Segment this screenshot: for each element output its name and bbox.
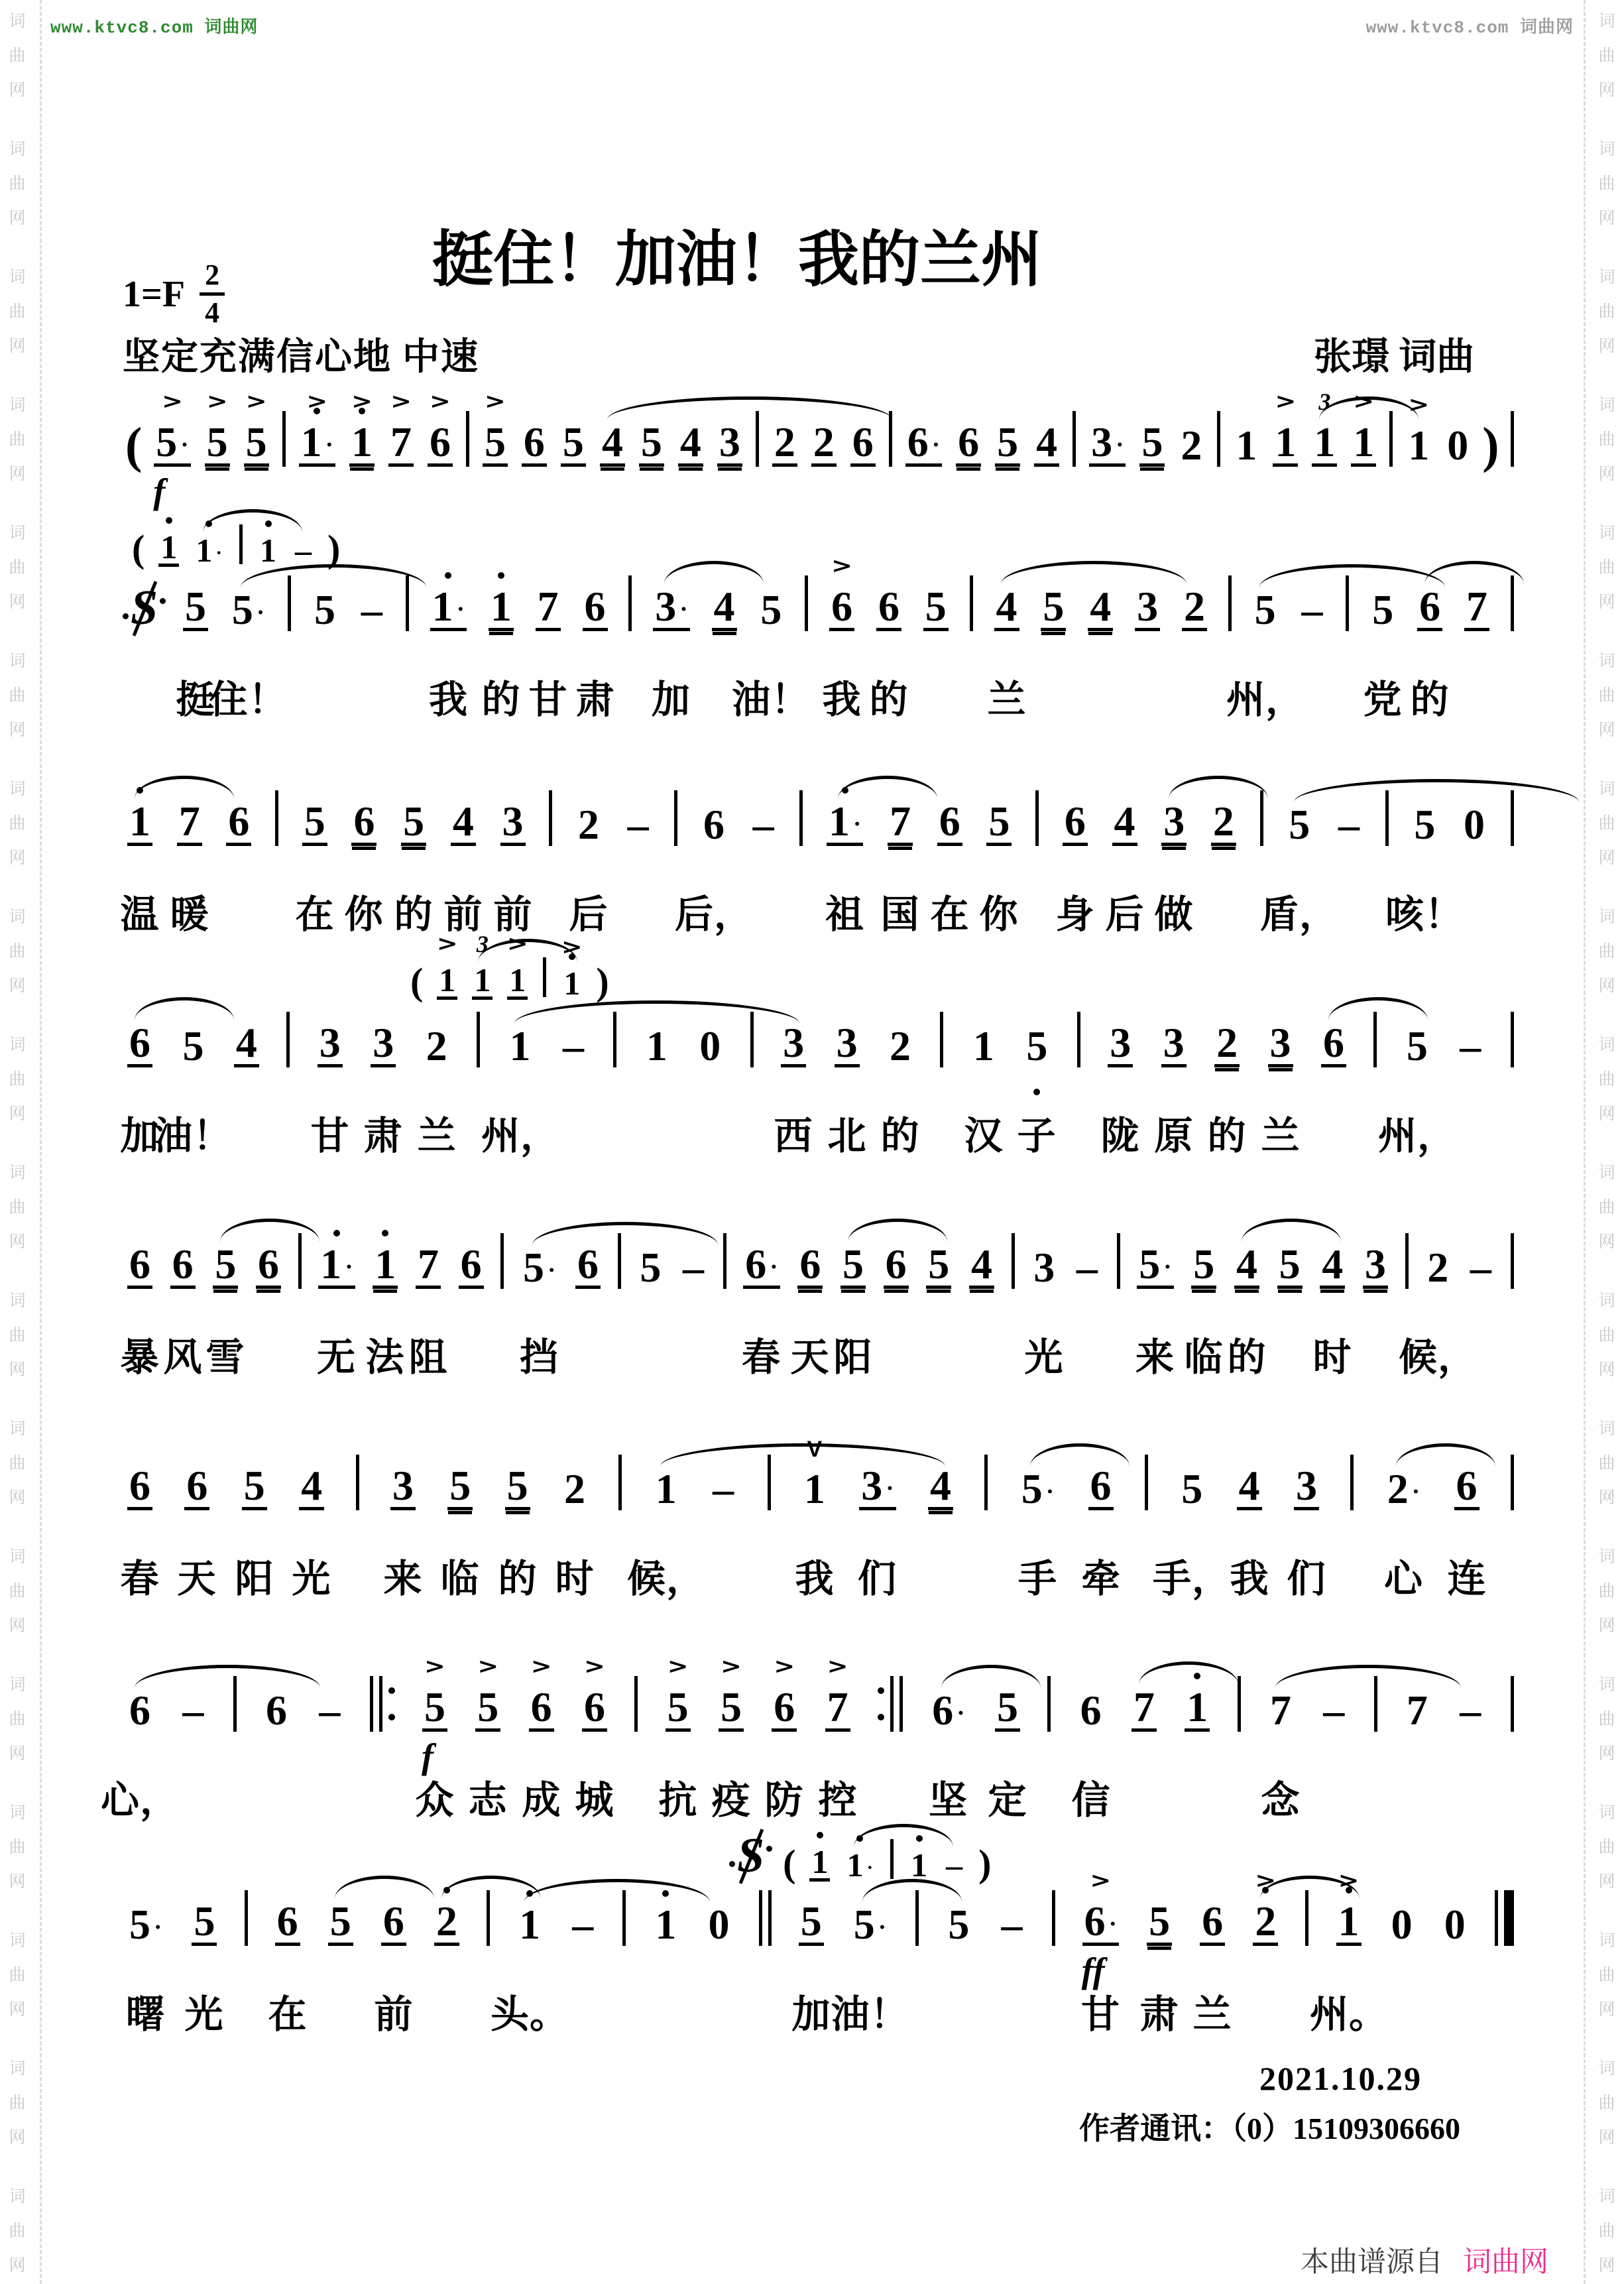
lyric-syllable: 临: [1184, 1326, 1223, 1382]
above-marks: >: [584, 1652, 605, 1681]
note-digit: 7: [1127, 1686, 1161, 1742]
barline: [980, 1455, 992, 1521]
lyric-syllable: 风: [163, 1326, 202, 1382]
lyric-syllable: 兰: [417, 1105, 456, 1160]
lyric-syllable: 肃: [1139, 1983, 1179, 2039]
accent-mark: >: [351, 389, 373, 413]
lyric-syllable: 加: [791, 1983, 831, 2039]
watermark-column-group: 词曲网: [1598, 1160, 1615, 1252]
watermark-char: 曲: [9, 426, 25, 450]
above-marks: >: [774, 1652, 795, 1681]
note-digit: 4: [990, 585, 1024, 642]
watermark-char: 曲: [1598, 682, 1615, 706]
note-digit: 5: [754, 589, 788, 642]
note-digit: 1·: [426, 585, 471, 642]
watermark-column-group: 词曲网: [9, 1799, 25, 1892]
lyric-syllable: 油！: [154, 1105, 232, 1160]
watermark-char: 曲: [1598, 42, 1615, 66]
slur-arc: [848, 1219, 947, 1242]
note-digit: 2>: [1248, 1900, 1283, 1956]
watermark-column-group: 词曲网: [9, 1288, 25, 1380]
note-digit: 3: [830, 1022, 864, 1078]
notation-row: 6543321–1033215332365–: [123, 973, 1518, 1078]
note-digit: 5>: [239, 421, 274, 477]
slur-arc: [660, 1443, 945, 1467]
note-digit: 1: [368, 1243, 402, 1299]
note-digit: 3: [1157, 800, 1191, 857]
accent-mark: >: [207, 389, 228, 413]
note-digit: 2: [1174, 424, 1208, 477]
note-digit: 2: [883, 1025, 917, 1078]
accent-mark: >: [246, 389, 267, 413]
lyric-syllable: 党: [1363, 668, 1402, 724]
watermark-column-group: 词曲网: [1598, 2183, 1615, 2276]
lyric-syllable: 暴: [120, 1326, 159, 1382]
note-digit: 6·: [925, 1689, 971, 1742]
watermark-char: 网: [1598, 1612, 1615, 1636]
lyric-syllable: 加: [652, 668, 691, 724]
note-digit: 4: [1029, 421, 1064, 477]
repeat-start-barline: [366, 1676, 399, 1742]
note-digit: 4: [595, 421, 630, 477]
note-digit: 3: [1103, 1022, 1137, 1078]
lyric-syllable: 的: [1410, 668, 1449, 724]
duration-dot: ·: [1046, 1478, 1054, 1506]
duration-dash: –: [556, 1025, 591, 1078]
watermark-char: 网: [9, 205, 25, 229]
lyric-syllable: 的: [1207, 1105, 1246, 1160]
duration-dash: –: [1453, 1689, 1487, 1742]
above-marks: >: [162, 387, 183, 416]
accent-mark: >: [507, 931, 528, 955]
watermark-char: 网: [9, 1868, 25, 1892]
watermark-char: 词: [1598, 776, 1615, 800]
note-digit: 6·: [738, 1243, 784, 1299]
slur-arc: [664, 561, 764, 584]
lyric-syllable: 的: [1227, 1326, 1266, 1382]
note-digit: 3: [313, 1022, 347, 1078]
slur-arc: [241, 564, 426, 587]
duration-dash: –: [1070, 1246, 1104, 1299]
note-digit: 6: [123, 1689, 157, 1742]
watermark-char: 词: [9, 2183, 25, 2207]
barline: [752, 411, 763, 477]
notation-row: 66561·1765·65–6·656543–5·545432–: [123, 1195, 1518, 1299]
note-digit: 5·: [516, 1246, 562, 1299]
lyric-syllable: 后，: [675, 883, 753, 939]
octave-dot-high: [817, 1832, 823, 1838]
lyric-syllable: 州，: [1378, 1105, 1456, 1160]
note-digit: 5>: [714, 1686, 748, 1742]
watermark-char: 曲: [1598, 938, 1615, 962]
note-digit: 5: [941, 1903, 976, 1956]
accent-mark: >: [1408, 392, 1429, 416]
watermark-char: 网: [9, 1356, 25, 1380]
accent-mark: >: [561, 934, 583, 959]
watermark-char: 曲: [9, 1578, 25, 1602]
barline: [624, 575, 636, 642]
note-digit: 7>: [384, 421, 418, 477]
lyric-syllable: 身: [1055, 883, 1094, 939]
lyric-syllable: 兰: [1192, 1983, 1232, 2039]
lyric-syllable: 的: [481, 668, 520, 724]
duration-dash: –: [355, 589, 389, 642]
note-digit: 1·: [822, 800, 868, 857]
barline: [936, 1012, 947, 1078]
note-digit: 5: [396, 800, 431, 857]
lyric-syllable: 曙: [126, 1983, 165, 2039]
note-digit: 3·: [648, 585, 694, 642]
watermark-column-group: 词曲网: [9, 264, 25, 357]
note-digit: 1V: [797, 1468, 832, 1521]
final-barline: [1491, 1890, 1518, 1956]
lyric-syllable: 祖: [825, 883, 864, 939]
watermark-char: 词: [1598, 1032, 1615, 1055]
duration-dot: ·: [679, 596, 687, 623]
note-digit: 6: [578, 585, 612, 642]
lyric-syllable: 信: [1071, 1769, 1110, 1825]
note-digit: 1: [649, 1468, 683, 1521]
watermark-column-group: 词曲网: [1598, 264, 1615, 357]
duration-dash: –: [1464, 1246, 1498, 1299]
barline: [229, 1676, 241, 1742]
lyric-syllable: 临: [440, 1547, 479, 1603]
note-digit: 2: [1206, 800, 1241, 857]
note-digit: 5: [187, 1900, 221, 1956]
above-marks: >: [831, 551, 852, 580]
watermark-char: 曲: [1598, 554, 1615, 578]
note-digit: 5: [443, 1465, 477, 1521]
watermark-column-group: 词曲网: [1598, 520, 1615, 613]
accent-mark: >: [437, 931, 458, 955]
watermark-column-group: 词曲网: [1598, 776, 1615, 869]
note-digit: 5: [323, 1900, 358, 1956]
author-contact: 作者通讯：（0）15109306660: [1079, 2104, 1460, 2148]
site-watermark-top-right: www.ktvc8.com 词曲网: [1366, 13, 1574, 38]
duration-dot: ·: [325, 432, 333, 459]
barline: [618, 1890, 630, 1956]
lyric-syllable: 们: [1287, 1547, 1326, 1603]
duration-dot: ·: [878, 1914, 886, 1941]
barline: [1043, 1676, 1055, 1742]
slur-arc: [524, 1879, 710, 1902]
watermark-column-group: 词曲网: [9, 1032, 25, 1124]
watermark-char: 曲: [1598, 1450, 1615, 1474]
duration-dot: ·: [345, 1254, 353, 1281]
lyric-syllable: 在: [930, 883, 969, 939]
lyric-syllable: 牵: [1081, 1547, 1120, 1603]
note-digit: 5: [178, 585, 213, 642]
time-numerator: 2: [200, 260, 225, 296]
watermark-char: 词: [1598, 648, 1615, 672]
note-digit: 5: [921, 1243, 956, 1299]
slur-arc: [1396, 1443, 1495, 1467]
slur-arc: [941, 1665, 1041, 1688]
watermark-char: 网: [9, 2252, 25, 2276]
duration-dash: –: [994, 1903, 1029, 1956]
watermark-char: 词: [1598, 2183, 1615, 2207]
lyric-syllable: 国: [880, 883, 919, 939]
above-marks: >: [507, 929, 528, 958]
accent-mark: >: [162, 389, 183, 413]
watermark-char: 曲: [9, 682, 25, 706]
note-digit: 5: [1019, 1025, 1054, 1078]
lyric-syllable: 子: [1017, 1105, 1056, 1160]
duration-dash: –: [1453, 1025, 1487, 1078]
barline: [545, 790, 556, 857]
note-digit: 1: [1180, 1686, 1214, 1742]
watermark-char: 曲: [1598, 426, 1615, 450]
note-digit: 6: [793, 1243, 827, 1299]
lyric-syllable: 春: [742, 1326, 781, 1382]
note-digit: 3·: [854, 1465, 900, 1521]
lyric-syllable: 州。: [1310, 1983, 1388, 2039]
lyric-syllable: 肃: [363, 1105, 402, 1160]
watermark-column-group: 词曲网: [1598, 1671, 1615, 1764]
note-digit: 1>: [345, 421, 379, 477]
barline: [801, 575, 812, 642]
lyric-syllable: 无: [317, 1326, 356, 1382]
lyric-syllable: 的: [880, 1105, 919, 1160]
lyric-syllable: 前: [374, 1983, 413, 2039]
accent-mark: >: [1090, 1868, 1111, 1892]
watermark-char: 网: [1598, 1868, 1615, 1892]
barline: [1507, 411, 1518, 477]
note-digit: 6: [123, 1243, 157, 1299]
lyric-syllable: 住！: [209, 668, 287, 724]
watermark-char: 网: [1598, 1101, 1615, 1124]
composition-date: 2021.10.29: [1259, 2059, 1422, 2098]
barline: [966, 575, 977, 642]
above-marks: >: [1275, 387, 1296, 416]
watermark-char: 网: [1598, 589, 1615, 613]
note-digit: 2: [1177, 585, 1212, 642]
note-digit: 13: [1307, 421, 1342, 477]
watermark-char: 曲: [9, 2090, 25, 2114]
duration-dot: ·: [1109, 1911, 1117, 1938]
notation-row: 665435521–1V3·45·65432·6: [123, 1416, 1518, 1521]
watermark-char: 网: [1598, 77, 1615, 101]
note-digit: 3: [496, 800, 530, 857]
source-credit-brand-link[interactable]: 词曲网: [1463, 2246, 1548, 2278]
lyric-syllable: 油！: [732, 668, 810, 724]
rest-note: 0: [1440, 424, 1475, 477]
lyric-syllable: 天: [177, 1547, 216, 1603]
duration-dash: –: [746, 804, 781, 857]
above-marks: >: [246, 387, 267, 416]
rest-note: 0: [1438, 1903, 1472, 1956]
above-marks: >: [827, 1652, 848, 1681]
rest-note: 0: [1457, 804, 1491, 857]
lyric-syllable: 州，: [1226, 668, 1305, 724]
watermark-char: 曲: [1598, 1194, 1615, 1218]
watermark-char: 网: [9, 2124, 25, 2148]
watermark-column-group: 词曲网: [1598, 1415, 1615, 1508]
lyric-syllable: 手，: [1153, 1547, 1231, 1603]
barline: [746, 1012, 758, 1078]
note-digit: 1: [640, 1025, 674, 1078]
watermark-char: 网: [1598, 2124, 1615, 2148]
barline: [764, 1455, 775, 1521]
barline: [402, 575, 413, 642]
accent-mark: >: [827, 1653, 848, 1678]
lyric-syllable: 州，: [481, 1105, 559, 1160]
sheet-music-page: { "watermark": { "header_left": "www.ktv…: [0, 0, 1624, 2284]
verse-line-5: 665435521–1V3·45·65432·6春天阳光来临的时候，我们手牵手，…: [123, 1416, 1518, 1603]
barline: [1342, 575, 1353, 642]
watermark-char: 曲: [9, 1450, 25, 1474]
watermark-char: 网: [9, 845, 25, 869]
watermark-char: 词: [9, 1543, 25, 1567]
note-digit: 6: [879, 1243, 913, 1299]
note-digit: 5: [298, 800, 332, 857]
note-digit: 7: [172, 800, 207, 857]
watermark-char: 曲: [1598, 1706, 1615, 1730]
note-digit: 1: [648, 1903, 683, 1956]
watermark-char: 网: [1598, 1229, 1615, 1252]
lyric-syllable: 头。: [491, 1983, 569, 2039]
watermark-column-group: 词曲网: [1598, 392, 1615, 485]
duration-dash: –: [1332, 804, 1366, 857]
watermark-char: 词: [9, 1032, 25, 1055]
note-digit: 5: [237, 1465, 272, 1521]
duration-dash: –: [1295, 589, 1330, 642]
watermark-char: 词: [9, 1415, 25, 1439]
watermark-char: 词: [1598, 392, 1615, 416]
watermark-column-group: 词曲网: [1598, 1032, 1615, 1124]
barline: [670, 790, 681, 857]
note-digit: 6: [259, 1689, 294, 1742]
note-digit: 2·: [1381, 1468, 1426, 1521]
lyric-syllable: 候，: [1399, 1326, 1477, 1382]
duration-dot: ·: [932, 432, 940, 459]
note-digit: 5: [982, 800, 1016, 857]
duration-dot: ·: [886, 1475, 894, 1502]
lyric-syllable: 在: [295, 883, 334, 939]
above-marks: >: [424, 1652, 445, 1681]
lyric-syllable: 我: [822, 668, 861, 724]
octave-dot-high: [445, 572, 451, 579]
lyric-syllable: 光: [184, 1983, 223, 2039]
verse-line-4: 66561·1765·65–6·656543–5·545432–暴风雪无法阻挡春…: [123, 1195, 1518, 1382]
watermark-column-group: 词曲网: [9, 1671, 25, 1764]
note-digit: 6: [951, 421, 986, 477]
watermark-char: 词: [9, 904, 25, 928]
watermark-char: 网: [9, 1612, 25, 1636]
lyric-syllable: 候，: [627, 1547, 705, 1603]
note-digit: 3: [1289, 1465, 1324, 1521]
watermark-char: 词: [1598, 8, 1615, 32]
lyric-syllable: 兰: [1261, 1105, 1300, 1160]
note-digit: 4: [964, 1243, 999, 1299]
duration-dot: ·: [1412, 1478, 1420, 1506]
watermark-char: 曲: [9, 1834, 25, 1858]
watermark-column-group: 词曲网: [9, 1543, 25, 1636]
watermark-char: 词: [9, 1671, 25, 1695]
duration-dot: ·: [154, 1914, 162, 1941]
watermark-char: 网: [1598, 1484, 1615, 1508]
watermark-column-group: 词曲网: [9, 520, 25, 613]
lyric-syllable: 甘: [310, 1105, 349, 1160]
note-digit: 5>: [478, 421, 512, 477]
lyric-syllable: 我: [429, 668, 468, 724]
barline: [352, 1455, 363, 1521]
slur-arc: [135, 997, 234, 1020]
lyric-syllable: 我: [795, 1547, 834, 1603]
watermark-char: 网: [1598, 1996, 1615, 2020]
watermark-char: 网: [9, 717, 25, 741]
note-digit: 4: [1315, 1243, 1350, 1299]
barline: [630, 1676, 642, 1742]
barline: [241, 1890, 252, 1956]
duration-dot: ·: [180, 432, 188, 459]
note-digit: 2: [1421, 1246, 1455, 1299]
segno-sign: S: [123, 583, 166, 642]
note-digit: 5: [1135, 421, 1169, 477]
watermark-char: 网: [9, 1229, 25, 1252]
note-digit: 4: [1108, 800, 1142, 857]
lyric-syllable: 你: [344, 883, 383, 939]
barline: [1008, 1233, 1019, 1299]
note-digit: 6·: [901, 421, 947, 477]
note-digit: 1>: [1346, 421, 1381, 477]
slur-arc: [838, 776, 937, 799]
barline: [284, 575, 295, 642]
watermark-char: 词: [9, 1927, 25, 1951]
note-digit: 3·: [1084, 421, 1130, 477]
watermark-column-group: 词曲网: [9, 392, 25, 485]
note-digit: 3: [1358, 1243, 1393, 1299]
watermark-column-group: 词曲网: [9, 1160, 25, 1252]
note-digit: 1: [966, 1025, 1001, 1078]
note-digit: 3: [1157, 1022, 1191, 1078]
lyric-syllable: 肃: [575, 668, 614, 724]
duration-dot: ·: [1163, 1254, 1171, 1281]
note-digit: 4: [707, 585, 742, 642]
note-digit: 6·>ff: [1078, 1900, 1124, 1956]
above-marks: >: [1408, 390, 1429, 419]
watermark-char: 词: [1598, 1288, 1615, 1311]
note-digit: 2: [430, 1900, 464, 1956]
parenthesis: ): [1479, 420, 1501, 477]
barline: [1048, 1890, 1059, 1956]
watermark-char: 曲: [1598, 1066, 1615, 1090]
note-digit: 5: [919, 585, 953, 642]
octave-dot-high: [1194, 1673, 1200, 1679]
lyric-syllable: 在: [268, 1983, 307, 2039]
watermark-char: 网: [1598, 717, 1615, 741]
note-digit: 5·>f: [149, 421, 195, 477]
note-digit: 5·: [225, 589, 271, 642]
barline: [1401, 1233, 1413, 1299]
note-digit: 5: [556, 421, 591, 477]
lyrics-row: 曙光在前头。加油！甘肃兰州。: [123, 1983, 1518, 2039]
note-digit: 5: [1407, 804, 1442, 857]
watermark-char: 曲: [1598, 170, 1615, 194]
note-digit: 6: [846, 421, 880, 477]
note-digit: 2: [571, 804, 606, 857]
watermark-column-group: 词曲网: [9, 136, 25, 229]
note-digit: 3: [1130, 585, 1165, 642]
octave-dot-high: [382, 1230, 388, 1236]
slur-arc: [1294, 779, 1579, 802]
note-digit: 6: [377, 1900, 411, 1956]
above-marks: >: [390, 387, 412, 416]
note-digit: 3: [713, 421, 747, 477]
note-digit: 7: [1263, 1689, 1298, 1742]
notation-row: 6–6–5>f5>6>6>5>5>6>7>6·56717–7–: [123, 1638, 1518, 1742]
note-digit: 3: [1263, 1022, 1298, 1078]
